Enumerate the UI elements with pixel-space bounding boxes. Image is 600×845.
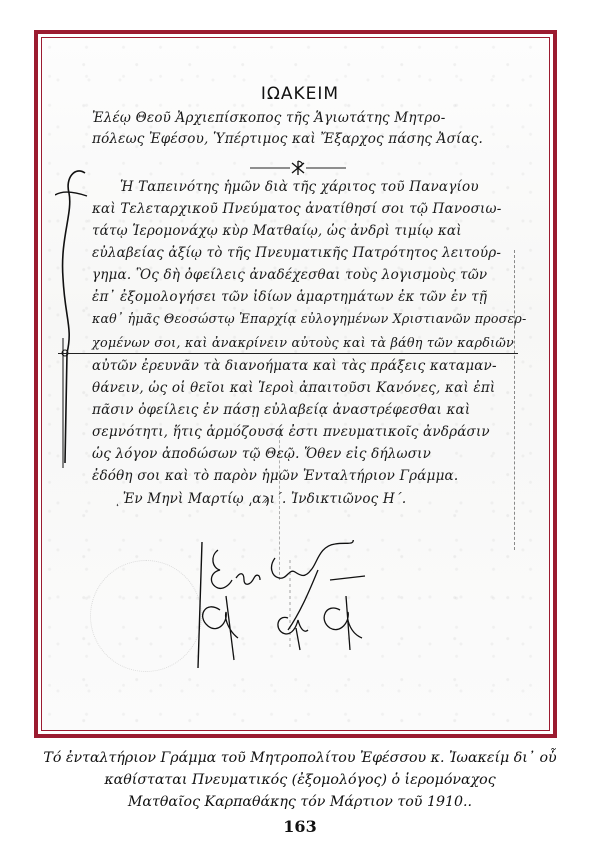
metropolitan-signature bbox=[190, 540, 460, 670]
letter-date-line: ͅ Ἐν Μηνὶ Μαρτίῳ ͵αϡι΄. Ἰνδικτιῶνος Η΄. bbox=[118, 491, 406, 507]
letter-body-line: καὶ Τελεταρχικοῦ Πνεύματος ἀνατίθησί σοι… bbox=[92, 201, 501, 217]
letter-body-line: καθ᾿ ἡμᾶς Θεοσώστῳ Ἐπαρχίᾳ εὐλογημένων Χ… bbox=[92, 311, 526, 326]
letter-body-line: πᾶσιν ὀφείλεις ἐν πάσῃ εὐλαβείᾳ ἀναστρέφ… bbox=[92, 402, 470, 418]
letter-body-line: Ἡ Ταπεινότης ἡμῶν διὰ τῆς χάριτος τοῦ Πα… bbox=[120, 179, 479, 195]
letter-body-line: ὡς λόγον ἀποδώσων τῷ Θεῷ. Ὅθεν εἰς δήλωσ… bbox=[92, 446, 431, 462]
letter-body-line: σεμνότητι, ἥτις ἁρμόζουσά ἐστι πνευματικ… bbox=[92, 424, 490, 440]
caption-line-3: Ματθαῖος Καρπαθάκης τόν Μάρτιον τοῦ 1910… bbox=[0, 794, 600, 810]
letter-body-line: ἐπ᾿ ἐξομολογήσει τῶν ἰδίων ἁμαρτημάτων ἐ… bbox=[92, 289, 487, 305]
letter-body-line: τάτῳ Ἱερομονάχῳ κὺρ Ματθαίῳ, ὡς ἀνδρὶ τι… bbox=[92, 223, 462, 239]
faint-seal-impression bbox=[90, 560, 202, 672]
letter-body-line: ἐδόθη σοι καὶ τὸ παρὸν ἡμῶν Ἐνταλτήριον … bbox=[92, 468, 458, 484]
letter-header-line-1: Ἐλέῳ Θεοῦ Ἀρχιεπίσκοπος τῆς Ἁγιωτάτης Μη… bbox=[92, 110, 446, 126]
letter-title: ΙΩΑΚΕΙΜ bbox=[0, 84, 600, 104]
letter-body-line: θάνειν, ὡς οἱ θεῖοι καὶ Ἱεροὶ ἀπαιτοῦσι … bbox=[92, 380, 495, 396]
page-number: 163 bbox=[0, 817, 600, 836]
letter-body-line: αὐτῶν ἐρευνᾶν τὰ διανοήματα καὶ τὰς πράξ… bbox=[92, 358, 497, 374]
letter-header-line-2: πόλεως Ἐφέσου, Ὑπέρτιμος καὶ Ἔξαρχος πάσ… bbox=[92, 131, 483, 147]
letter-body-line: γημα. Ὃς δὴ ὀφείλεις ἀναδέχεσθαι τοὺς λο… bbox=[92, 267, 487, 283]
caption-line-2: καθίσταται Πνευματικός (ἐξομολόγος) ὁ ἱε… bbox=[0, 772, 600, 788]
caption-line-1: Τό ἐνταλτήριον Γράμμα τοῦ Μητροπολίτου Ἐ… bbox=[0, 750, 600, 766]
chi-rho-ornament-icon bbox=[248, 160, 348, 176]
fold-line-right bbox=[514, 250, 516, 550]
left-bracket-flourish bbox=[55, 168, 95, 468]
fold-line-horizontal bbox=[58, 353, 518, 354]
letter-body-line: χομένων σοι, καὶ ἀνακρίνειν αὐτοὺς καὶ τ… bbox=[92, 336, 514, 351]
letter-body-line: εὐλαβείας ἀξίῳ τὸ τῆς Πνευματικῆς Πατρότ… bbox=[92, 245, 501, 261]
